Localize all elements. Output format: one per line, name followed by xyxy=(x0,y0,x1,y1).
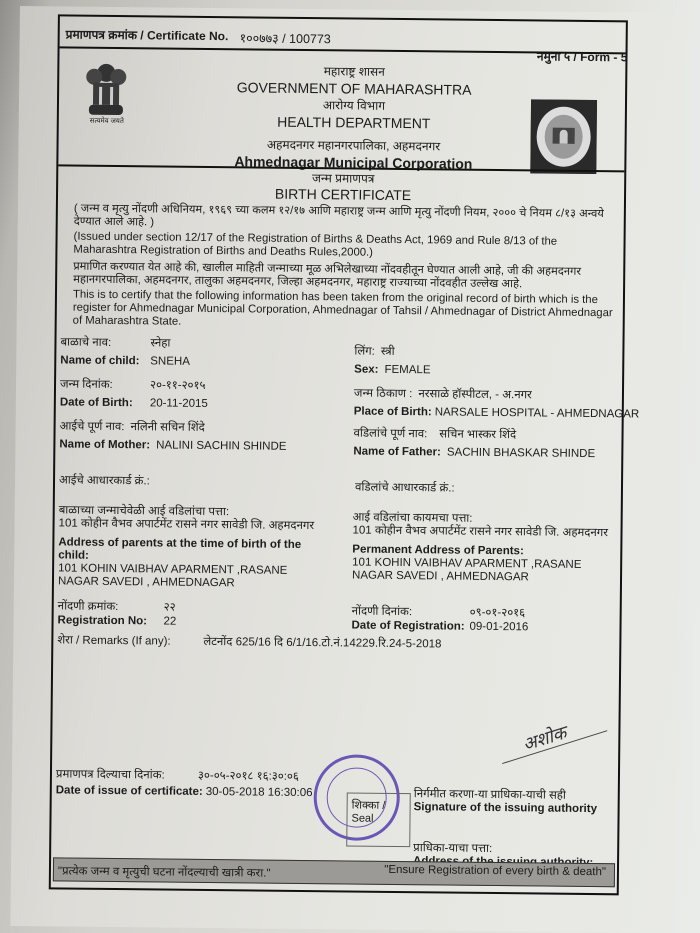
issued-under-marathi: ( जन्म व मृत्यु नोंदणी अधिनियम, १९६९ च्य… xyxy=(62,202,622,234)
issue-date-marathi-field: प्रमाणपत्र दिल्याचा दिनांक:३०-०५-२०१८ १६… xyxy=(56,766,299,784)
title-english: BIRTH CERTIFICATE xyxy=(178,185,508,204)
dob-marathi-field: जन्म दिनांक:२०-११-२०१५ xyxy=(60,376,206,393)
certificate-title: जन्म प्रमाणपत्र BIRTH CERTIFICATE xyxy=(178,170,508,204)
child-name-marathi-field: बाळाचे नाव:स्नेहा xyxy=(60,334,170,350)
slogan-marathi: "प्रत्येक जन्म व मृत्युची घटना नोंदल्याच… xyxy=(58,863,271,880)
place-of-birth-field: Place of Birth:NARSALE HOSPITAL - AHMEDN… xyxy=(354,406,640,421)
issuing-authority-header: महाराष्ट्र शासन GOVERNMENT OF MAHARASHTR… xyxy=(178,62,529,174)
sex-marathi-field: लिंग:स्त्री xyxy=(354,344,394,359)
issued-under-english: (Issued under section 12/17 of the Regis… xyxy=(61,230,621,262)
mother-name-field: Name of Mother:NALINI SACHIN SHINDE xyxy=(59,438,286,452)
seal-box: शिक्का / Seal xyxy=(346,792,411,847)
registration-number-field: Registration No:22 xyxy=(58,614,177,627)
sex-field: Sex:FEMALE xyxy=(354,364,430,377)
signature-caption: निर्गमीत करणा-या प्राधिका-याची सही Signa… xyxy=(414,788,598,816)
reg-date-marathi-field: नोंदणी दिनांक:०९-०१-२०१६ xyxy=(352,604,526,621)
national-emblem-icon xyxy=(81,59,132,126)
certificate-number-label: प्रमाणपत्र क्रमांक / Certificate No. xyxy=(66,25,229,44)
father-name-marathi-field: वडिलांचे पूर्ण नाव:सचिन भास्कर शिंदे xyxy=(353,426,516,443)
authority-signature: अशोक xyxy=(520,720,570,756)
reg-no-marathi-field: नोंदणी क्रमांक:२२ xyxy=(58,598,176,614)
birth-certificate-page: प्रमाणपत्र क्रमांक / Certificate No. १००… xyxy=(10,6,685,933)
mother-name-marathi-field: आईचे पूर्ण नाव:नलिनी सचिन शिंदे xyxy=(60,418,205,435)
certify-english: This is to certify that the following in… xyxy=(61,288,621,333)
certify-marathi: प्रमाणित करण्यात येत आहे की, खालील माहित… xyxy=(61,260,621,292)
municipal-corporation-logo-icon xyxy=(530,99,597,174)
birth-address-block: बाळाच्या जन्माचेवेळी आई वडिलांचा पत्ता: … xyxy=(58,504,329,591)
child-name-field: Name of child:SNEHA xyxy=(60,354,190,367)
remarks-field: शेरा / Remarks (If any):लेटनोंद 625/16 द… xyxy=(57,632,441,651)
emblem-caption: सत्यमेव जयते xyxy=(79,117,135,127)
pob-marathi-field: जन्म ठिकाण :नरसाळे हॉस्पीटल, - अ.नगर xyxy=(354,386,532,403)
certificate-frame: प्रमाणपत्र क्रमांक / Certificate No. १००… xyxy=(49,14,628,895)
mother-aadhaar-field: आईचे आधारकार्ड क्रं.: xyxy=(59,472,150,488)
slogan-footer-band: "प्रत्येक जन्म व मृत्युची घटना नोंदल्याच… xyxy=(53,857,615,887)
seal-label: शिक्का / Seal xyxy=(351,798,409,826)
form-number: नमुना ५ / Form - 5 xyxy=(537,47,628,65)
certificate-number-value: १००७७३ / 100773 xyxy=(240,29,331,47)
slogan-english: "Ensure Registration of every birth & de… xyxy=(384,864,606,878)
permanent-address-block: आई वडिलांचा कायमचा पत्ता: 101 कोहीन वैभव… xyxy=(352,512,613,586)
issue-date-field: Date of issue of certificate:30-05-2018 … xyxy=(56,784,313,799)
department-english: HEALTH DEPARTMENT xyxy=(179,113,529,134)
dob-field: Date of Birth:20-11-2015 xyxy=(60,396,208,410)
father-aadhaar-field: वडिलांचे आधारकार्ड क्रं.: xyxy=(355,480,455,496)
father-name-field: Name of Father:SACHIN BHASKAR SHINDE xyxy=(353,446,595,461)
registration-date-field: Date of Registration:09-01-2016 xyxy=(351,620,528,634)
